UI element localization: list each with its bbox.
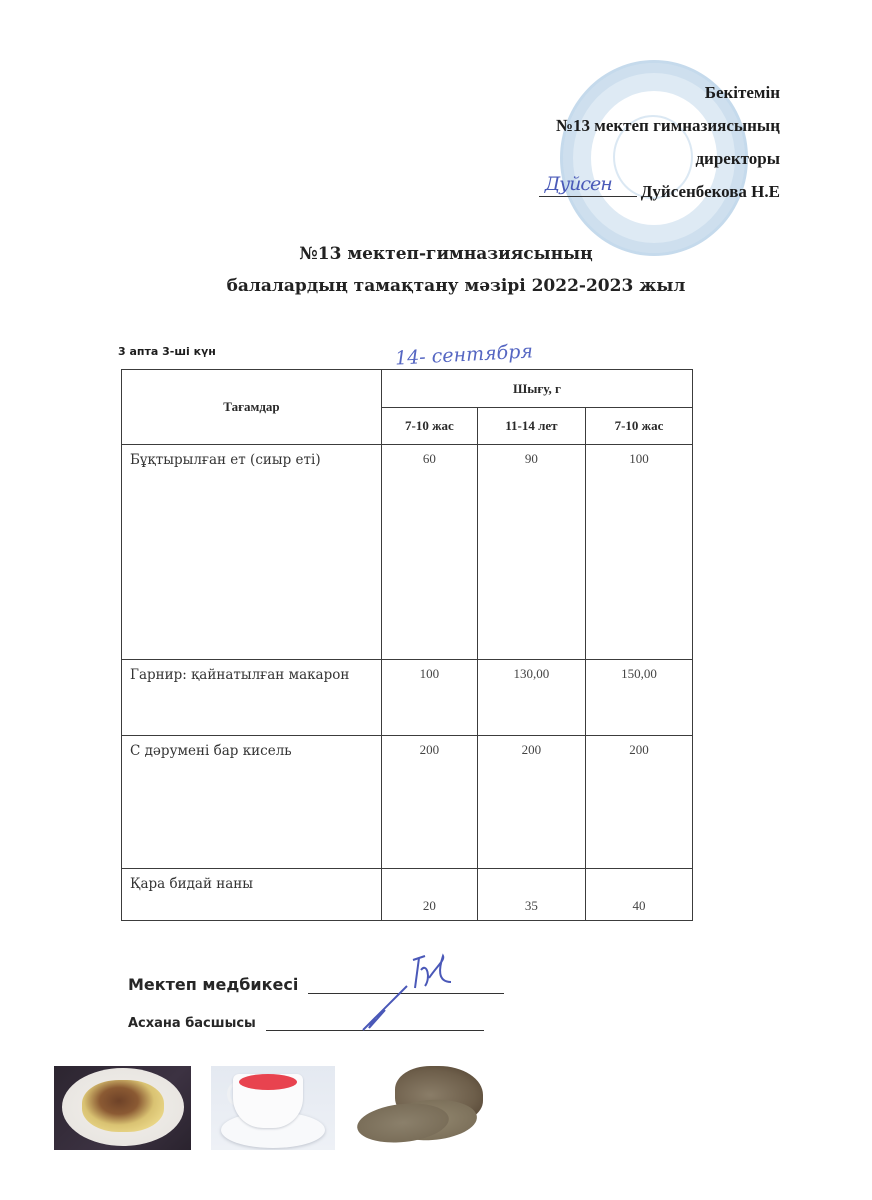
portion-value: 130,00 bbox=[477, 660, 585, 736]
portion-value: 200 bbox=[477, 736, 585, 869]
portion-value: 150,00 bbox=[585, 660, 692, 736]
kissel-cup-photo bbox=[211, 1066, 335, 1150]
dish-name: Гарнир: қайнатылған макарон bbox=[122, 660, 382, 736]
approval-block: Бекітемін №13 мектеп гимназиясының дирек… bbox=[539, 76, 780, 208]
document-title-line1: №13 мектеп-гимназиясының bbox=[10, 244, 872, 264]
portion-value: 60 bbox=[381, 445, 477, 660]
portion-value: 90 bbox=[477, 445, 585, 660]
table-row: Қара бидай наны 20 35 40 bbox=[122, 869, 693, 921]
dish-name: С дәрумені бар кисель bbox=[122, 736, 382, 869]
dish-name: Бұқтырылған ет (сиыр еті) bbox=[122, 445, 382, 660]
portion-value: 200 bbox=[585, 736, 692, 869]
week-day-label: 3 апта 3-ші күн bbox=[118, 345, 216, 358]
header-age-col-3: 7-10 жас bbox=[585, 408, 692, 445]
approval-heading: Бекітемін bbox=[539, 76, 780, 109]
header-age-col-2: 11-14 лет bbox=[477, 408, 585, 445]
nurse-label: Мектеп медбикесі bbox=[128, 975, 298, 994]
bread-slice-shape bbox=[357, 1099, 451, 1146]
header-age-col-1: 7-10 жас bbox=[381, 408, 477, 445]
director-name: Дуйсенбекова Н.Е bbox=[641, 182, 780, 201]
portion-value: 200 bbox=[381, 736, 477, 869]
pasta-shape bbox=[82, 1080, 164, 1132]
portion-value: 100 bbox=[381, 660, 477, 736]
director-signature: Дуйсен bbox=[539, 182, 637, 197]
kissel-drink-shape bbox=[239, 1074, 297, 1090]
signature-scribble: Дуйсен bbox=[545, 168, 612, 201]
portion-value: 35 bbox=[477, 869, 585, 921]
menu-table: Тағамдар Шығу, г 7-10 жас 11-14 лет 7-10… bbox=[121, 369, 693, 921]
table-header-row: Тағамдар Шығу, г bbox=[122, 370, 693, 408]
portion-value: 100 bbox=[585, 445, 692, 660]
dish-name: Қара бидай наны bbox=[122, 869, 382, 921]
header-output: Шығу, г bbox=[381, 370, 692, 408]
document-title-line2: балалардың тамақтану мәзірі 2022-2023 жы… bbox=[20, 276, 872, 296]
table-row: Бұқтырылған ет (сиыр еті) 60 90 100 bbox=[122, 445, 693, 660]
portion-value: 40 bbox=[585, 869, 692, 921]
header-dishes: Тағамдар bbox=[122, 370, 382, 445]
table-row: С дәрумені бар кисель 200 200 200 bbox=[122, 736, 693, 869]
rye-bread-photo bbox=[357, 1066, 487, 1150]
canteen-label: Асхана басшысы bbox=[128, 1016, 256, 1031]
approval-signature-row: ДуйсенДуйсенбекова Н.Е bbox=[539, 175, 780, 208]
table-row: Гарнир: қайнатылған макарон 100 130,00 1… bbox=[122, 660, 693, 736]
approval-school: №13 мектеп гимназиясының bbox=[539, 109, 780, 142]
beef-with-pasta-photo bbox=[54, 1066, 191, 1150]
handwritten-date: 14- сентября bbox=[395, 340, 534, 369]
nurse-signature-scribble bbox=[355, 948, 455, 1033]
portion-value: 20 bbox=[381, 869, 477, 921]
